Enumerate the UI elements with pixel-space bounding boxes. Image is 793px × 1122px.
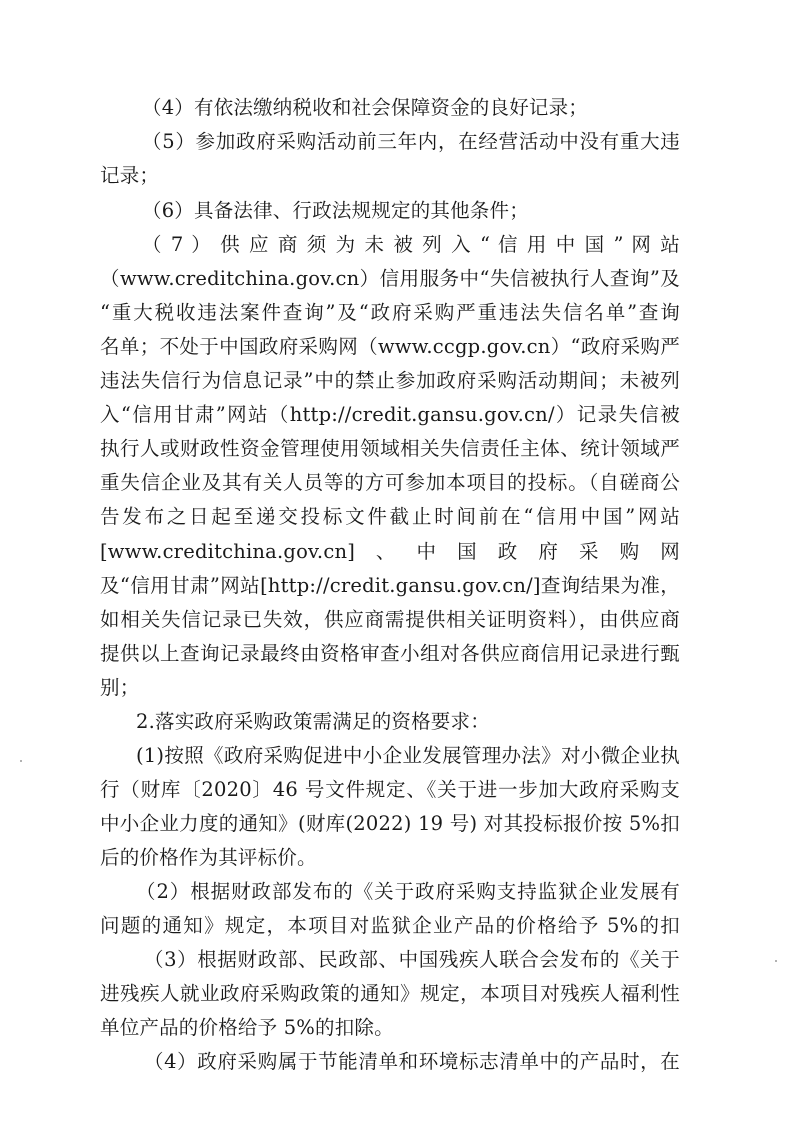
scan-speck <box>20 760 22 762</box>
text-line: 及“信用甘肃”网站[http://credit.gansu.gov.cn/]查询… <box>100 574 680 598</box>
text-line: (1)按照《政府采购促进中小企业发展管理办法》对小微企业执 <box>136 744 680 768</box>
document-page: （4）有依法缴纳税收和社会保障资金的良好记录；（5）参加政府采购活动前三年内，在… <box>0 0 793 1122</box>
text-line: 记录； <box>100 164 680 188</box>
text-line: （4）有依法缴纳税收和社会保障资金的良好记录； <box>142 96 680 120</box>
text-line: （5）参加政府采购活动前三年内，在经营活动中没有重大违法 <box>142 130 680 154</box>
text-line: 行（财库〔2020〕46 号文件规定、《关于进一步加大政府采购支持 <box>100 778 680 802</box>
text-line: （4）政府采购属于节能清单和环境标志清单中的产品时，在技 <box>144 1050 680 1074</box>
text-line: 别； <box>100 676 680 700</box>
text-line: 执行人或财政性资金管理使用领域相关失信责任主体、统计领域严 <box>100 437 680 461</box>
text-line: 如相关失信记录已失效，供应商需提供相关证明资料），由供应商 <box>100 608 680 632</box>
text-line: 提供以上查询记录最终由资格审查小组对各供应商信用记录进行甄 <box>100 642 680 666</box>
text-line: （www.creditchina.gov.cn）信用服务中“失信被执行人查询”及 <box>100 267 680 291</box>
text-line: （6）具备法律、行政法规规定的其他条件； <box>142 199 680 223</box>
text-line: 入“信用甘肃”网站（http://credit.gansu.gov.cn/）记录… <box>100 403 680 427</box>
text-line: “重大税收违法案件查询”及“政府采购严重违法失信名单”查询 <box>100 301 680 325</box>
text-line: 单位产品的价格给予 5%的扣除。 <box>100 1016 680 1040</box>
text-line: [www.creditchina.gov.cn]、中国政府采购网[www.ccg… <box>100 540 680 564</box>
text-line: 违法失信行为信息记录”中的禁止参加政府采购活动期间；未被列 <box>100 369 680 393</box>
text-line: （ 7 ） 供 应 商 须 为 未 被 列 入 “ 信 用 中 国 ” 网 站 <box>142 233 680 257</box>
text-line: 进残疾人就业政府采购政策的通知》规定，本项目对残疾人福利性 <box>100 982 680 1006</box>
text-line: 重失信企业及其有关人员等的方可参加本项目的投标。（自磋商公 <box>100 471 680 495</box>
text-line: 2.落实政府采购政策需满足的资格要求： <box>136 710 680 734</box>
text-line: （2）根据财政部发布的《关于政府采购支持监狱企业发展有关 <box>136 880 680 904</box>
scan-speck <box>775 960 777 962</box>
text-line: （3）根据财政部、民政部、中国残疾人联合会发布的《关于促 <box>144 948 680 972</box>
text-line: 问题的通知》规定，本项目对监狱企业产品的价格给予 5%的扣除。 <box>100 914 680 938</box>
text-line: 名单；不处于中国政府采购网（www.ccgp.gov.cn）“政府采购严重 <box>100 335 680 359</box>
text-line: 告发布之日起至递交投标文件截止时间前在“信用中国”网站 <box>100 505 680 529</box>
text-line: 中小企业力度的通知》(财库(2022) 19 号) 对其投标报价按 5%扣除 <box>100 812 680 836</box>
text-line: 后的价格作为其评标价。 <box>100 846 680 870</box>
